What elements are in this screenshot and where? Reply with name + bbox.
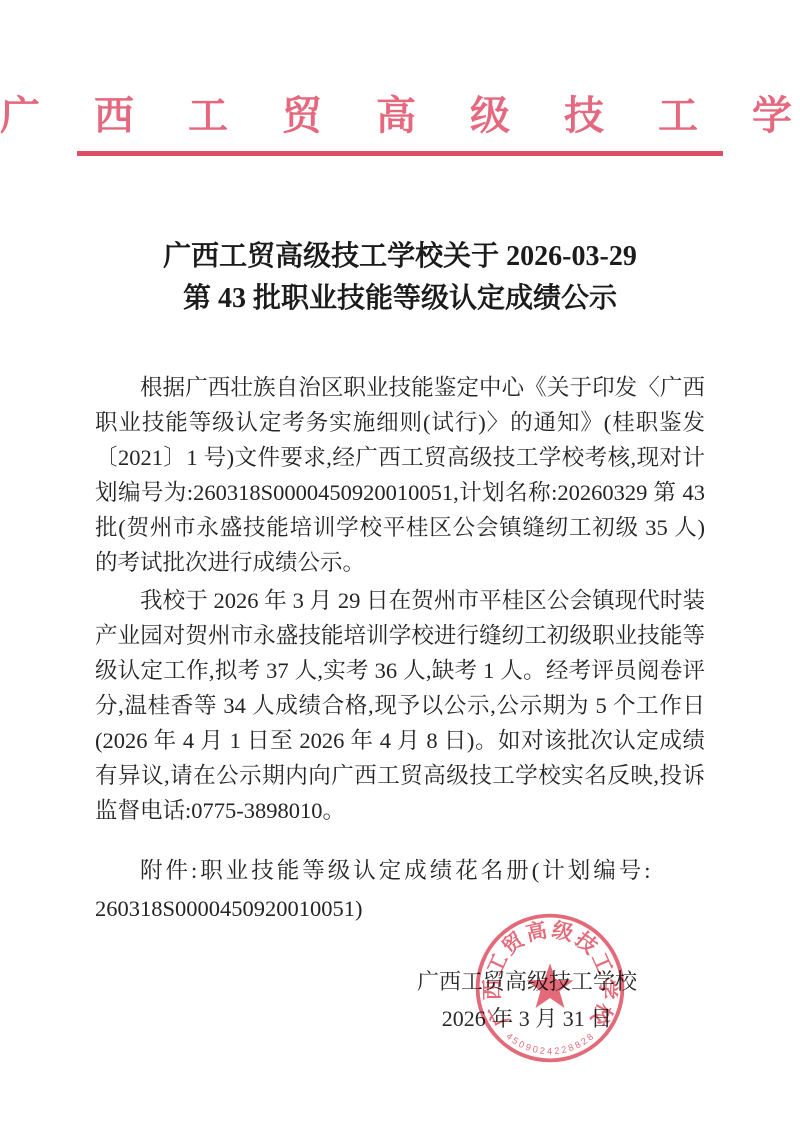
notice-title-line1: 广西工贸高级技工学校关于 2026-03-29 [0,236,800,278]
attachment-line2: 260318S0000450920010051) [95,890,705,928]
signature-org: 广西工贸高级技工学校 [412,963,642,1000]
attachment-line1: 附件:职业技能等级认定成绩花名册(计划编号: [95,852,705,890]
letterhead-title: 广 西 工 贸 高 级 技 工 学 校 [0,90,800,142]
letterhead-rule [77,151,723,156]
paragraph-basis: 根据广西壮族自治区职业技能鉴定中心《关于印发〈广西职业技能等级认定考务实施细则(… [95,370,705,580]
letterhead: 广 西 工 贸 高 级 技 工 学 校 [0,0,800,156]
signature-block: 广西工贸高级技工学校 2026 年 3 月 31 日 [412,963,642,1037]
attachment-note: 附件:职业技能等级认定成绩花名册(计划编号: 260318S0000450920… [95,852,705,928]
signature-date: 2026 年 3 月 31 日 [412,1000,642,1037]
notice-title: 广西工贸高级技工学校关于 2026-03-29 第 43 批职业技能等级认定成绩… [0,236,800,320]
notice-title-line2: 第 43 批职业技能等级认定成绩公示 [0,278,800,320]
paragraph-results: 我校于 2026 年 3 月 29 日在贺州市平桂区公会镇现代时装产业园对贺州市… [95,583,705,828]
notice-body: 根据广西壮族自治区职业技能鉴定中心《关于印发〈广西职业技能等级认定考务实施细则(… [95,370,705,928]
document-page: 广 西 工 贸 高 级 技 工 学 校 广西工贸高级技工学校关于 2026-03… [0,0,800,1132]
